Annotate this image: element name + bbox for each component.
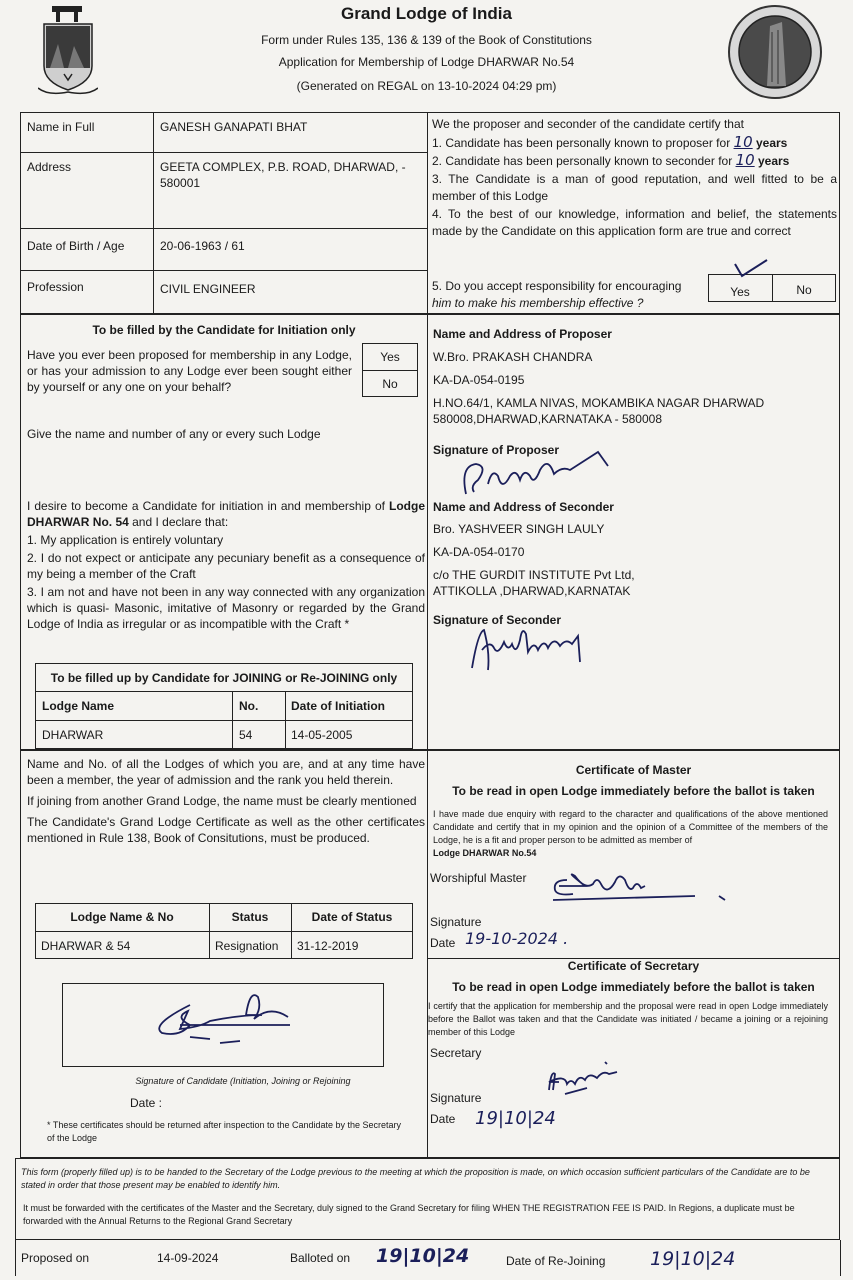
joining-row-no: 54: [239, 727, 252, 743]
rejoining-label: Date of Re-Joining: [506, 1253, 605, 1269]
secretary-date-label: Date: [430, 1111, 455, 1127]
divider: [427, 314, 428, 750]
seconder-years-value: 10: [736, 151, 755, 169]
declaration-block: I desire to become a Candidate for initi…: [27, 498, 425, 632]
master-role-label: Worshipful Master: [430, 870, 526, 886]
name-label: Name in Full: [27, 119, 94, 135]
candidate-date-label: Date :: [130, 1095, 162, 1111]
joining-row-date: 14-05-2005: [291, 727, 352, 743]
initiation-question: Have you ever been proposed for membersh…: [27, 347, 352, 395]
balloted-on-label: Balloted on: [290, 1250, 350, 1266]
address-label: Address: [27, 159, 71, 175]
give-lodge-name: Give the name and number of any or every…: [27, 426, 321, 442]
master-cert-title: Certificate of Master: [427, 762, 840, 778]
proposer-years-value: 10: [734, 133, 753, 151]
secretary-cert-title: Certificate of Secretary: [427, 958, 840, 974]
declaration-item-1: 1. My application is entirely voluntary: [27, 532, 425, 548]
responsibility-yes[interactable]: Yes: [708, 284, 772, 300]
secretary-cert-subtitle: To be read in open Lodge immediately bef…: [427, 979, 840, 995]
seconder-name: Bro. YASHVEER SINGH LAULY: [433, 521, 604, 537]
membership-col-date: Date of Status: [291, 909, 413, 925]
master-date-label: Date: [430, 935, 455, 951]
master-date-value: 19-10-2024 .: [465, 929, 568, 948]
address-value: GEETA COMPLEX, P.B. ROAD, DHARWAD, - 580…: [160, 159, 410, 191]
divider: [35, 691, 413, 692]
membership-para-2: If joining from another Grand Lodge, the…: [27, 793, 425, 809]
certify-item-1: 1. Candidate has been personally known t…: [432, 134, 837, 153]
intro-text: I desire to become a Candidate for initi…: [27, 499, 385, 513]
candidate-signature: [150, 985, 310, 1070]
divider: [285, 691, 286, 749]
secretary-role-label: Secretary: [430, 1045, 481, 1061]
initiation-heading: To be filled by the Candidate for Initia…: [20, 322, 428, 338]
item5-text: 5. Do you accept responsibility for enco…: [432, 278, 704, 295]
seconder-heading: Name and Address of Seconder: [433, 499, 614, 515]
certify-item-2: 2. Candidate has been personally known t…: [432, 152, 837, 171]
intro-suffix: and I declare that:: [129, 515, 228, 529]
rejoining-value: 19|10|24: [650, 1248, 735, 1270]
membership-row-status: Resignation: [215, 938, 278, 954]
master-cert-body: I have made due enquiry with regard to t…: [433, 808, 828, 860]
item1-text: 1. Candidate has been personally known t…: [432, 136, 730, 150]
certify-item-4: 4. To the best of our knowledge, informa…: [432, 206, 837, 241]
balloted-on-value: 19|10|24: [376, 1245, 469, 1267]
divider: [232, 691, 233, 749]
certify-intro: We the proposer and seconder of the cand…: [432, 116, 837, 134]
membership-col-lodge: Lodge Name & No: [35, 909, 209, 925]
certify-item-5: 5. Do you accept responsibility for enco…: [432, 278, 704, 312]
checkmark-icon: [733, 258, 769, 285]
master-sig-label: Signature: [430, 914, 481, 930]
certify-item-3: 3. The Candidate is a man of good reputa…: [432, 171, 837, 206]
footer-note-1: This form (properly filled up) is to be …: [21, 1166, 836, 1192]
master-body-lodge: Lodge DHARWAR No.54: [433, 848, 536, 858]
secretary-sig-label: Signature: [430, 1090, 481, 1106]
membership-para-3: The Candidate's Grand Lodge Certificate …: [27, 814, 425, 846]
joining-heading: To be filled up by Candidate for JOINING…: [35, 670, 413, 686]
membership-row-date: 31-12-2019: [297, 938, 358, 954]
proposer-id: KA-DA-054-0195: [433, 372, 524, 388]
divider: [35, 720, 413, 721]
initiation-no[interactable]: No: [362, 376, 418, 392]
declaration-item-3: 3. I am not and have not been in any way…: [27, 584, 425, 632]
master-body-text: I have made due enquiry with regard to t…: [433, 809, 828, 845]
dob-label: Date of Birth / Age: [27, 238, 124, 254]
declaration-item-2: 2. I do not expect or anticipate any pec…: [27, 550, 425, 582]
proposer-address: H.NO.64/1, KAMLA NIVAS, MOKAMBIKA NAGAR …: [433, 395, 793, 427]
divider: [20, 152, 428, 153]
divider: [20, 270, 428, 271]
responsibility-no[interactable]: No: [772, 282, 836, 298]
proposed-on-value: 14-09-2024: [157, 1250, 218, 1266]
years-label: years: [756, 136, 787, 150]
proposer-name: W.Bro. PRAKASH CHANDRA: [433, 349, 592, 365]
joining-row-lodge: DHARWAR: [42, 727, 103, 743]
declaration-intro: I desire to become a Candidate for initi…: [27, 498, 425, 530]
seconder-signature: [468, 622, 588, 679]
divider: [153, 112, 154, 314]
membership-row-lodge: DHARWAR & 54: [41, 938, 130, 954]
membership-notes: Name and No. of all the Lodges of which …: [27, 756, 425, 846]
years-label: years: [758, 154, 789, 168]
divider: [20, 228, 428, 229]
profession-value: CIVIL ENGINEER: [160, 281, 256, 297]
proposer-signature: [458, 446, 628, 507]
membership-para-1: Name and No. of all the Lodges of which …: [27, 756, 425, 788]
divider: [35, 931, 413, 932]
divider: [362, 370, 418, 371]
grand-lodge-seal-icon: [722, 2, 828, 102]
initiation-yes[interactable]: Yes: [362, 349, 418, 365]
divider: [427, 750, 428, 1158]
candidate-sig-caption: Signature of Candidate (Initiation, Join…: [20, 1075, 466, 1088]
name-value: GANESH GANAPATI BHAT: [160, 119, 307, 135]
divider: [840, 1240, 841, 1276]
application-title: Application for Membership of Lodge DHAR…: [279, 55, 574, 69]
master-signature: [545, 866, 745, 915]
membership-col-status: Status: [209, 909, 291, 925]
seconder-address-1: c/o THE GURDIT INSTITUTE Pvt Ltd,: [433, 567, 635, 583]
proposed-on-label: Proposed on: [21, 1250, 89, 1266]
joining-col-date: Date of Initiation: [291, 698, 385, 714]
item5-italic: him to make his membership effective ?: [432, 295, 704, 312]
proposer-heading: Name and Address of Proposer: [433, 326, 612, 342]
secretary-signature: [545, 1060, 635, 1105]
secretary-date-value: 19|10|24: [475, 1108, 556, 1129]
seconder-id: KA-DA-054-0170: [433, 544, 524, 560]
divider: [15, 1240, 16, 1276]
joining-col-no: No.: [239, 698, 258, 714]
master-cert-subtitle: To be read in open Lodge immediately bef…: [427, 783, 840, 799]
certificates-footnote: * These certificates should be returned …: [47, 1119, 407, 1145]
certify-block: We the proposer and seconder of the cand…: [432, 116, 837, 241]
profession-label: Profession: [27, 279, 84, 295]
item2-text: 2. Candidate has been personally known t…: [432, 154, 732, 168]
joining-col-lodge: Lodge Name: [42, 698, 114, 714]
footer-note-2: It must be forwarded with the certificat…: [23, 1202, 835, 1228]
seconder-address-2: ATTIKOLLA ,DHARWAD,KARNATAK: [433, 583, 630, 599]
divider: [427, 112, 428, 314]
secretary-cert-body: I certify that the application for membe…: [428, 1000, 828, 1039]
dob-value: 20-06-1963 / 61: [160, 238, 245, 254]
